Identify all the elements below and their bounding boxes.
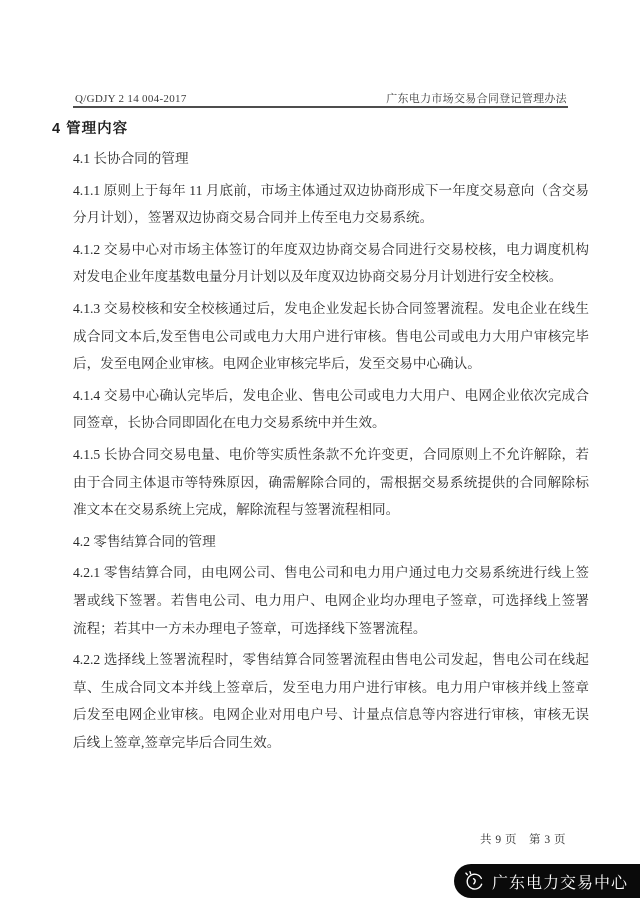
header-rule [73, 106, 568, 108]
section-heading: 4 管理内容 [52, 119, 589, 139]
document-body: 4 管理内容 4.1 长协合同的管理 4.1.1 原则上于每年 11 月底前，市… [52, 119, 589, 760]
paragraph-4-1-4: 4.1.4 交易中心确认完毕后，发电企业、售电公司或电力大用户、电网企业依次完成… [73, 382, 589, 437]
header-doc-title: 广东电力市场交易合同登记管理办法 [386, 90, 567, 106]
paragraph-4-1-5: 4.1.5 长协合同交易电量、电价等实质性条款不允许变更，合同原则上不允许解除，… [73, 441, 589, 524]
header-doc-code: Q/GDJY 2 14 004-2017 [75, 93, 187, 105]
paragraph-4-1-2: 4.1.2 交易中心对市场主体签订的年度双边协商交易合同进行交易校核，电力调度机… [73, 236, 589, 291]
paragraph-4-1-1: 4.1.1 原则上于每年 11 月底前，市场主体通过双边协商形成下一年度交易意向… [73, 177, 589, 232]
paragraph-4-2-1: 4.2.1 零售结算合同，由电网公司、售电公司和电力用户通过电力交易系统进行线上… [73, 559, 589, 642]
subsection-heading-4-1: 4.1 长协合同的管理 [73, 145, 589, 173]
page-number-footer: 共 9 页 第 3 页 [75, 831, 566, 847]
page-header: Q/GDJY 2 14 004-2017 广东电力市场交易合同登记管理办法 [75, 90, 567, 106]
document-page: Q/GDJY 2 14 004-2017 广东电力市场交易合同登记管理办法 4 … [0, 0, 640, 905]
watermark-badge: 广东电力交易中心 [454, 864, 640, 898]
paragraph-4-2-2: 4.2.2 选择线上签署流程时，零售结算合同签署流程由售电公司发起，售电公司在线… [73, 646, 589, 756]
gpec-swirl-logo-icon [463, 870, 485, 892]
paragraph-4-1-3: 4.1.3 交易校核和安全校核通过后，发电企业发起长协合同签署流程。发电企业在线… [73, 295, 589, 378]
watermark-label: 广东电力交易中心 [492, 870, 628, 893]
subsection-heading-4-2: 4.2 零售结算合同的管理 [73, 528, 589, 556]
